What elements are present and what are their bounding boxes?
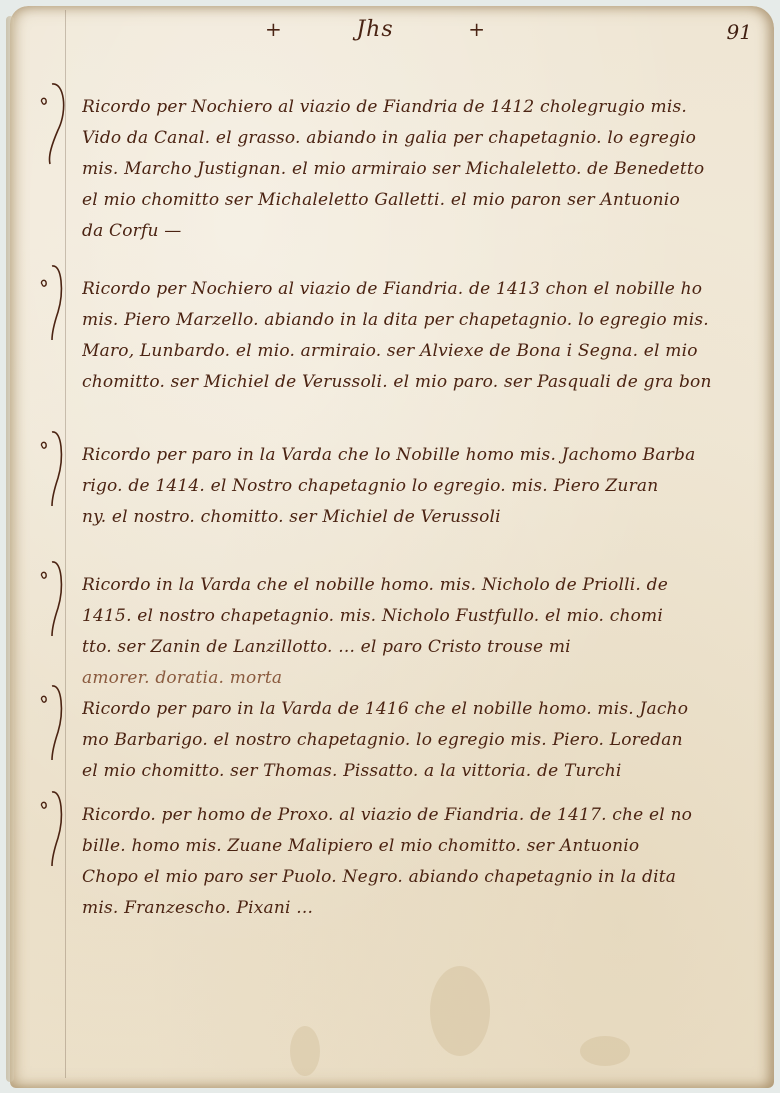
text-line: el mio chomitto ser Michaleletto Gallett… (82, 185, 738, 216)
text-line: Ricordo per paro in la Varda che lo Nobi… (82, 440, 738, 471)
entry-text: Ricordo in la Varda che el nobille homo.… (82, 570, 738, 694)
paper-stain (580, 1036, 630, 1066)
text-line: Chopo el mio paro ser Puolo. Negro. abia… (82, 862, 738, 893)
text-line: Maro, Lunbardo. el mio. armiraio. ser Al… (82, 336, 738, 367)
text-line: tto. ser Zanin de Lanzillotto. ... el pa… (82, 632, 738, 663)
text-line: Ricordo per Nochiero al viazio de Fiandr… (82, 274, 738, 305)
text-line: mis. Marcho Justignan. el mio armiraio s… (82, 154, 738, 185)
manuscript-page: + Jhs + 91 Ricordo per Nochiero al viazi… (10, 6, 774, 1088)
invocation-text: Jhs (356, 17, 393, 42)
entry-text: Ricordo. per homo de Proxo. al viazio de… (82, 800, 738, 924)
paragraph-mark-icon (38, 558, 66, 644)
text-line: da Corfu — (82, 216, 738, 247)
text-line: Ricordo per Nochiero al viazio de Fiandr… (82, 92, 738, 123)
paragraph-mark-icon (38, 80, 66, 166)
paper-stain (290, 1026, 320, 1076)
ruled-margin-line (65, 10, 66, 1078)
folio-number: 91 (727, 20, 752, 44)
text-line: Ricordo. per homo de Proxo. al viazio de… (82, 800, 738, 831)
entry-text: Ricordo per Nochiero al viazio de Fiandr… (82, 274, 738, 398)
paragraph-mark-icon (38, 682, 66, 768)
text-line: chomitto. ser Michiel de Verussoli. el m… (82, 367, 738, 398)
text-line: Ricordo per paro in la Varda de 1416 che… (82, 694, 738, 725)
text-line: mis. Piero Marzello. abiando in la dita … (82, 305, 738, 336)
entry-text: Ricordo per Nochiero al viazio de Fiandr… (82, 92, 738, 247)
text-line: bille. homo mis. Zuane Malipiero el mio … (82, 831, 738, 862)
paragraph-mark-icon (38, 428, 66, 514)
cross-icon: + (265, 17, 282, 41)
paragraph-mark-icon (38, 262, 66, 348)
paragraph-mark-icon (38, 788, 66, 874)
page-header-invocation: + Jhs + (265, 12, 485, 46)
text-line: Vido da Canal. el grasso. abiando in gal… (82, 123, 738, 154)
text-line: Ricordo in la Varda che el nobille homo.… (82, 570, 738, 601)
entry-text: Ricordo per paro in la Varda che lo Nobi… (82, 440, 738, 533)
entry-text: Ricordo per paro in la Varda de 1416 che… (82, 694, 738, 787)
later-annotation: amorer. doratia. morta (82, 663, 738, 694)
text-line: rigo. de 1414. el Nostro chapetagnio lo … (82, 471, 738, 502)
text-line: mo Barbarigo. el nostro chapetagnio. lo … (82, 725, 738, 756)
paper-stain (430, 966, 490, 1056)
cross-icon: + (468, 17, 485, 41)
text-line: el mio chomitto. ser Thomas. Pissatto. a… (82, 756, 738, 787)
text-line: ny. el nostro. chomitto. ser Michiel de … (82, 502, 738, 533)
text-line: mis. Franzescho. Pixani ... (82, 893, 738, 924)
text-line: 1415. el nostro chapetagnio. mis. Nichol… (82, 601, 738, 632)
